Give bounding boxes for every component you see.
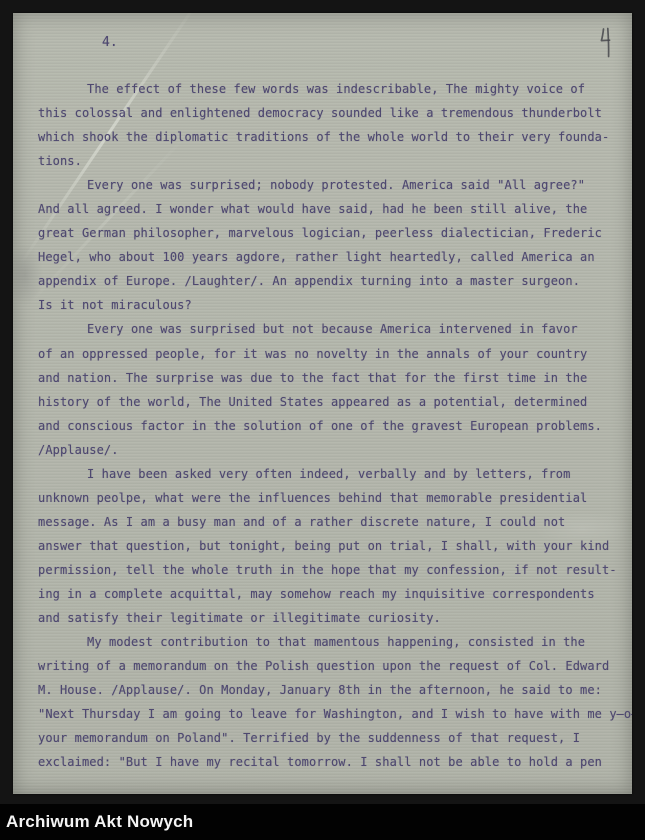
text-line: unknown peolpe, what were the influences… bbox=[38, 486, 618, 510]
handwritten-page-number bbox=[598, 27, 614, 59]
text-line: exclaimed: "But I have my recital tomorr… bbox=[38, 750, 618, 774]
text-line: ing in a complete acquittal, may somehow… bbox=[38, 582, 618, 606]
text-line: which shook the diplomatic traditions of… bbox=[38, 125, 618, 149]
document-page: 4. The effect of these few words was ind… bbox=[13, 13, 632, 794]
text-line: And all agreed. I wonder what would have… bbox=[38, 197, 618, 221]
text-line: "Next Thursday I am going to leave for W… bbox=[38, 702, 618, 726]
text-line: and nation. The surprise was due to the … bbox=[38, 366, 618, 390]
text-line: My modest contribution to that mamentous… bbox=[38, 630, 618, 654]
handwritten-4-icon bbox=[598, 27, 614, 59]
archive-footer: Archiwum Akt Nowych bbox=[0, 804, 645, 840]
text-line: and satisfy their legitimate or illegiti… bbox=[38, 606, 618, 630]
text-line: M. House. /Applause/. On Monday, January… bbox=[38, 678, 618, 702]
text-line: /Applause/. bbox=[38, 438, 618, 462]
text-line: message. As I am a busy man and of a rat… bbox=[38, 510, 618, 534]
text-line: history of the world, The United States … bbox=[38, 390, 618, 414]
text-line: Is it not miraculous? bbox=[38, 293, 618, 317]
scan-background: 4. The effect of these few words was ind… bbox=[0, 0, 645, 840]
text-line: writing of a memorandum on the Polish qu… bbox=[38, 654, 618, 678]
text-line: answer that question, but tonight, being… bbox=[38, 534, 618, 558]
text-line: of an oppressed people, for it was no no… bbox=[38, 342, 618, 366]
text-line: your memorandum on Poland". Terrified by… bbox=[38, 726, 618, 750]
text-line: permission, tell the whole truth in the … bbox=[38, 558, 618, 582]
document-body: The effect of these few words was indesc… bbox=[38, 77, 618, 774]
text-line: and conscious factor in the solution of … bbox=[38, 414, 618, 438]
text-line: Every one was surprised; nobody proteste… bbox=[38, 173, 618, 197]
text-line: Hegel, who about 100 years agdore, rathe… bbox=[38, 245, 618, 269]
text-line: great German philosopher, marvelous logi… bbox=[38, 221, 618, 245]
text-line: appendix of Europe. /Laughter/. An appen… bbox=[38, 269, 618, 293]
typed-page-number: 4. bbox=[102, 35, 118, 50]
archive-name: Archiwum Akt Nowych bbox=[6, 812, 193, 832]
text-line: The effect of these few words was indesc… bbox=[38, 77, 618, 101]
text-line: this colossal and enlightened democracy … bbox=[38, 101, 618, 125]
text-line: Every one was surprised but not because … bbox=[38, 317, 618, 341]
text-line: I have been asked very often indeed, ver… bbox=[38, 462, 618, 486]
text-line: tions. bbox=[38, 149, 618, 173]
